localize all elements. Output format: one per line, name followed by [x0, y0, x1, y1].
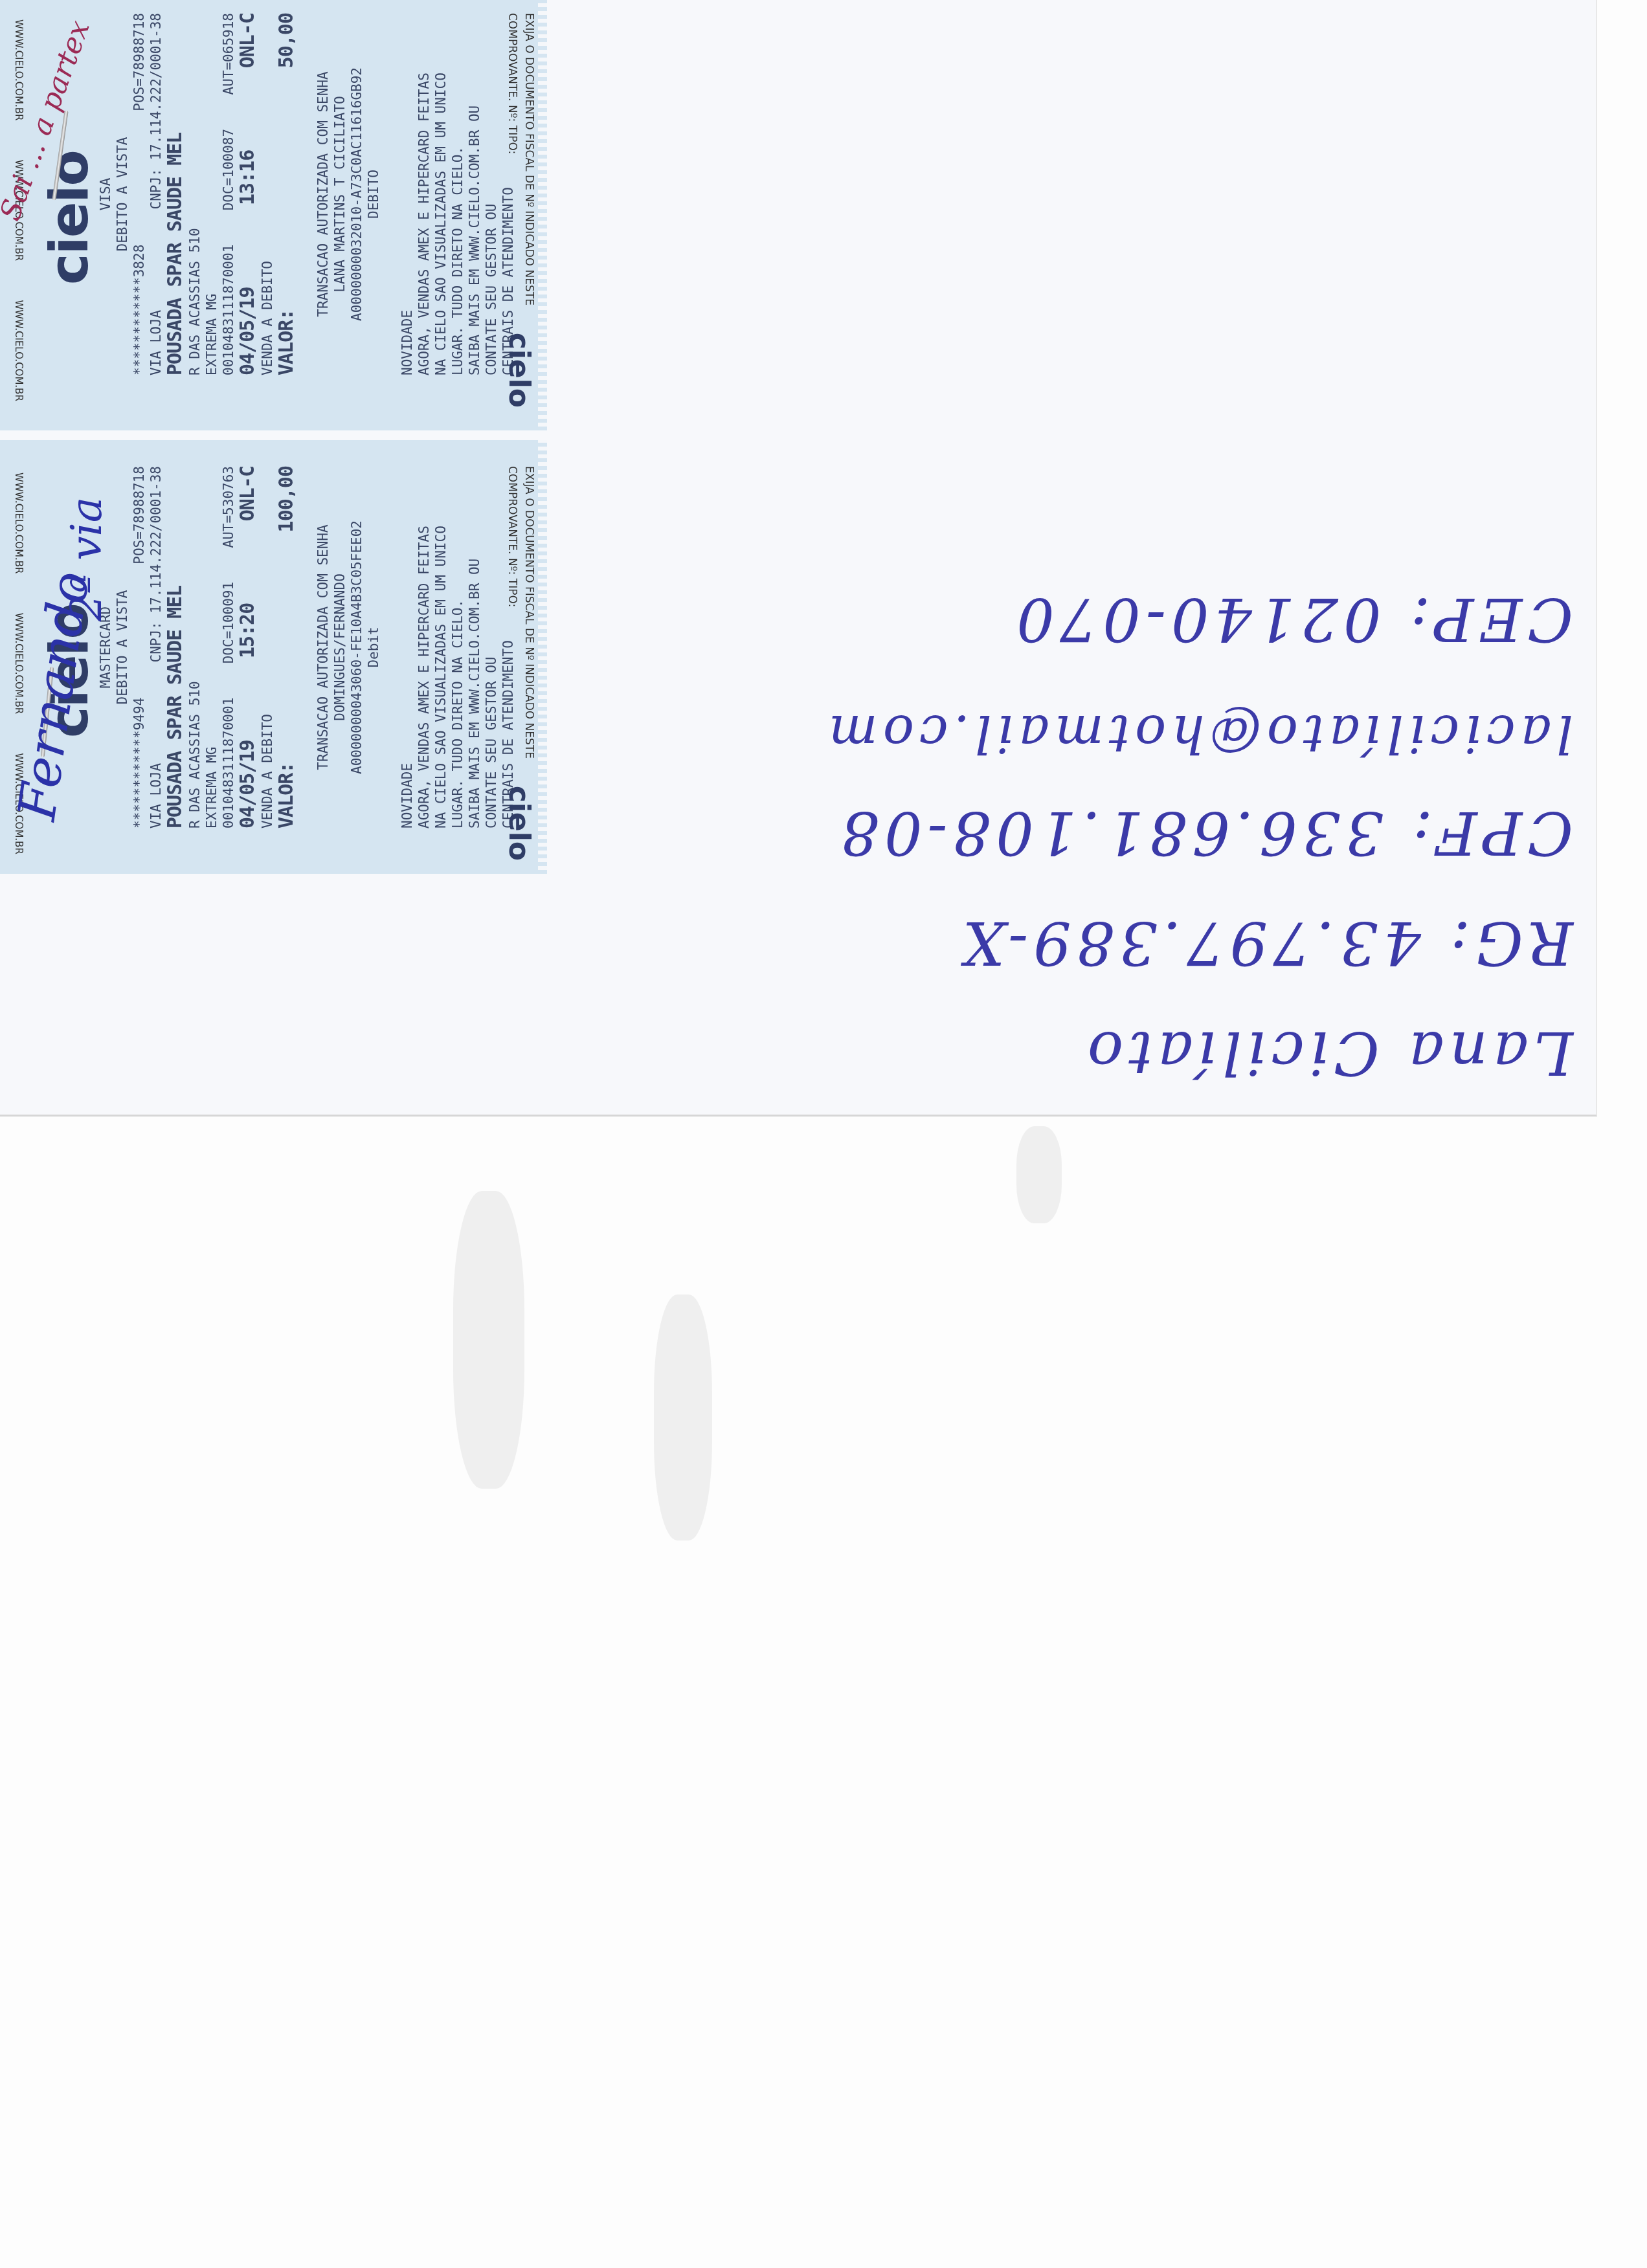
cielo-logo: cielo	[39, 151, 100, 285]
date: 04/05/19	[237, 740, 259, 829]
footer-line-2: COMPROVANTE. Nº: TIPO:	[506, 13, 519, 154]
merchant-name: POUSADA SPAR SAUDE MEL	[164, 466, 186, 828]
value-label: VALOR:	[276, 762, 298, 828]
doc-number: DOC=100091	[220, 582, 237, 663]
receipt-body: VISA DEBITO A VISTA ************3828POS=…	[97, 13, 517, 375]
auth-code: AUT=530763	[220, 466, 237, 548]
header-url: WWW.CIELO.COM.BR	[6, 472, 25, 573]
via: VIA LOJA	[148, 310, 164, 375]
auth-text: TRANSACAO AUTORIZADA COM SENHA	[315, 13, 331, 375]
note-name: Lana Cicilíato	[1082, 1018, 1573, 1087]
card-brand: VISA	[97, 13, 114, 375]
news-line: SAIBA MAIS EM WWW.CIELO.COM.BR OU	[466, 13, 483, 375]
auth-code: AUT=065918	[220, 13, 237, 94]
news-line: AGORA, VENDAS AMEX E HIPERCARD FEITAS	[416, 13, 432, 375]
header-url: WWW.CIELO.COM.BR	[6, 300, 25, 401]
merchant-address: R DAS ACASSIAS 510	[186, 13, 203, 375]
merchant-city: EXTREMA MG	[203, 13, 220, 375]
mode: ONL-C	[237, 466, 259, 521]
header-url: WWW.CIELO.COM.BR	[6, 613, 25, 714]
handwritten-annotation-blue-2: 2ª via	[62, 497, 111, 621]
footer-line-1: EXIJA O DOCUMENTO FISCAL DE Nº INDICADO …	[522, 466, 535, 759]
footer-line-1: EXIJA O DOCUMENTO FISCAL DE Nº INDICADO …	[522, 13, 535, 306]
note-cep: CEP: 02140-070	[1011, 584, 1573, 654]
card-number: ************3828	[131, 245, 148, 375]
cielo-footer-logo: cielo	[502, 333, 535, 408]
payment-type: DEBITO A VISTA	[114, 13, 131, 375]
pos-id: POS=78988718	[131, 466, 148, 564]
auth-text: TRANSACAO AUTORIZADA COM SENHA	[315, 466, 331, 828]
sale-type: VENDA A DEBITO	[259, 466, 276, 828]
time: 13:16	[237, 150, 259, 205]
cardholder: LANA MARTINS T CICILIATO	[331, 13, 348, 375]
cnpj: CNPJ: 17.114.222/0001-38	[148, 466, 164, 662]
footer-line-2: COMPROVANTE. Nº: TIPO:	[506, 466, 519, 607]
news-line: NA CIELO SAO VISUALIZADAS EM UM UNICO	[432, 466, 449, 828]
doc-number: DOC=100087	[220, 129, 237, 210]
news-line: LUGAR. TUDO DIRETO NA CIELO.	[449, 13, 466, 375]
merchant-city: EXTREMA MG	[203, 466, 220, 828]
handwritten-note: Lana Cicilíato RG: 43.797.389-X CPF: 336…	[919, 544, 1593, 1100]
time: 15:20	[237, 603, 259, 658]
receipt-body: MASTERCARD DEBITO A VISTA ************94…	[97, 466, 517, 828]
receipt-visa: WWW.CIELO.COM.BR WWW.CIELO.COM.BR WWW.CI…	[0, 0, 547, 430]
scan-smudge	[453, 1191, 524, 1489]
receipt-footer: EXIJA O DOCUMENTO FISCAL DE Nº INDICADO …	[489, 453, 541, 874]
scan-smudge	[654, 1295, 712, 1540]
value-label: VALOR:	[276, 309, 298, 375]
payment-type: DEBITO A VISTA	[114, 466, 131, 828]
pos-id: POS=78988718	[131, 13, 148, 111]
value-amount: 100,00	[276, 466, 298, 532]
merchant-name: POUSADA SPAR SAUDE MEL	[164, 13, 186, 375]
news-line: NA CIELO SAO VISUALIZADAS EM UM UNICO	[432, 13, 449, 375]
news-title: NOVIDADE	[399, 13, 416, 375]
card-number: ************9494	[131, 698, 148, 828]
note-cpf: CPF: 336.681.108-08	[836, 798, 1573, 867]
aid: A0000000043060-FE10A4B3C05FEE02	[348, 466, 365, 828]
aid: A0000000032010-A73C0AC11616GB92	[348, 13, 365, 375]
merchant-address: R DAS ACASSIAS 510	[186, 466, 203, 828]
cielo-footer-logo: cielo	[502, 786, 535, 861]
note-email: lacicilíato@hotmail.com	[823, 704, 1573, 764]
app-label: Debit	[365, 466, 382, 828]
via: VIA LOJA	[148, 763, 164, 828]
sale-type: VENDA A DEBITO	[259, 13, 276, 375]
header-url: WWW.CIELO.COM.BR	[6, 19, 25, 120]
terminal-id: 0010483111870001	[220, 245, 237, 375]
terminal-id: 0010483111870001	[220, 698, 237, 828]
value-amount: 50,00	[276, 13, 298, 68]
cnpj: CNPJ: 17.114.222/0001-38	[148, 13, 164, 209]
scan-smudge	[1016, 1126, 1062, 1223]
cardholder: DOMINGUES/FERNANDO	[331, 466, 348, 828]
mode: ONL-C	[237, 13, 259, 68]
news-line: AGORA, VENDAS AMEX E HIPERCARD FEITAS	[416, 466, 432, 828]
news-line: LUGAR. TUDO DIRETO NA CIELO.	[449, 466, 466, 828]
receipt-footer: EXIJA O DOCUMENTO FISCAL DE Nº INDICADO …	[489, 0, 541, 421]
news-line: SAIBA MAIS EM WWW.CIELO.COM.BR OU	[466, 466, 483, 828]
note-rg: RG: 43.797.389-X	[958, 908, 1573, 977]
app-label: DEBITO	[365, 13, 382, 375]
date: 04/05/19	[237, 287, 259, 376]
news-title: NOVIDADE	[399, 466, 416, 828]
